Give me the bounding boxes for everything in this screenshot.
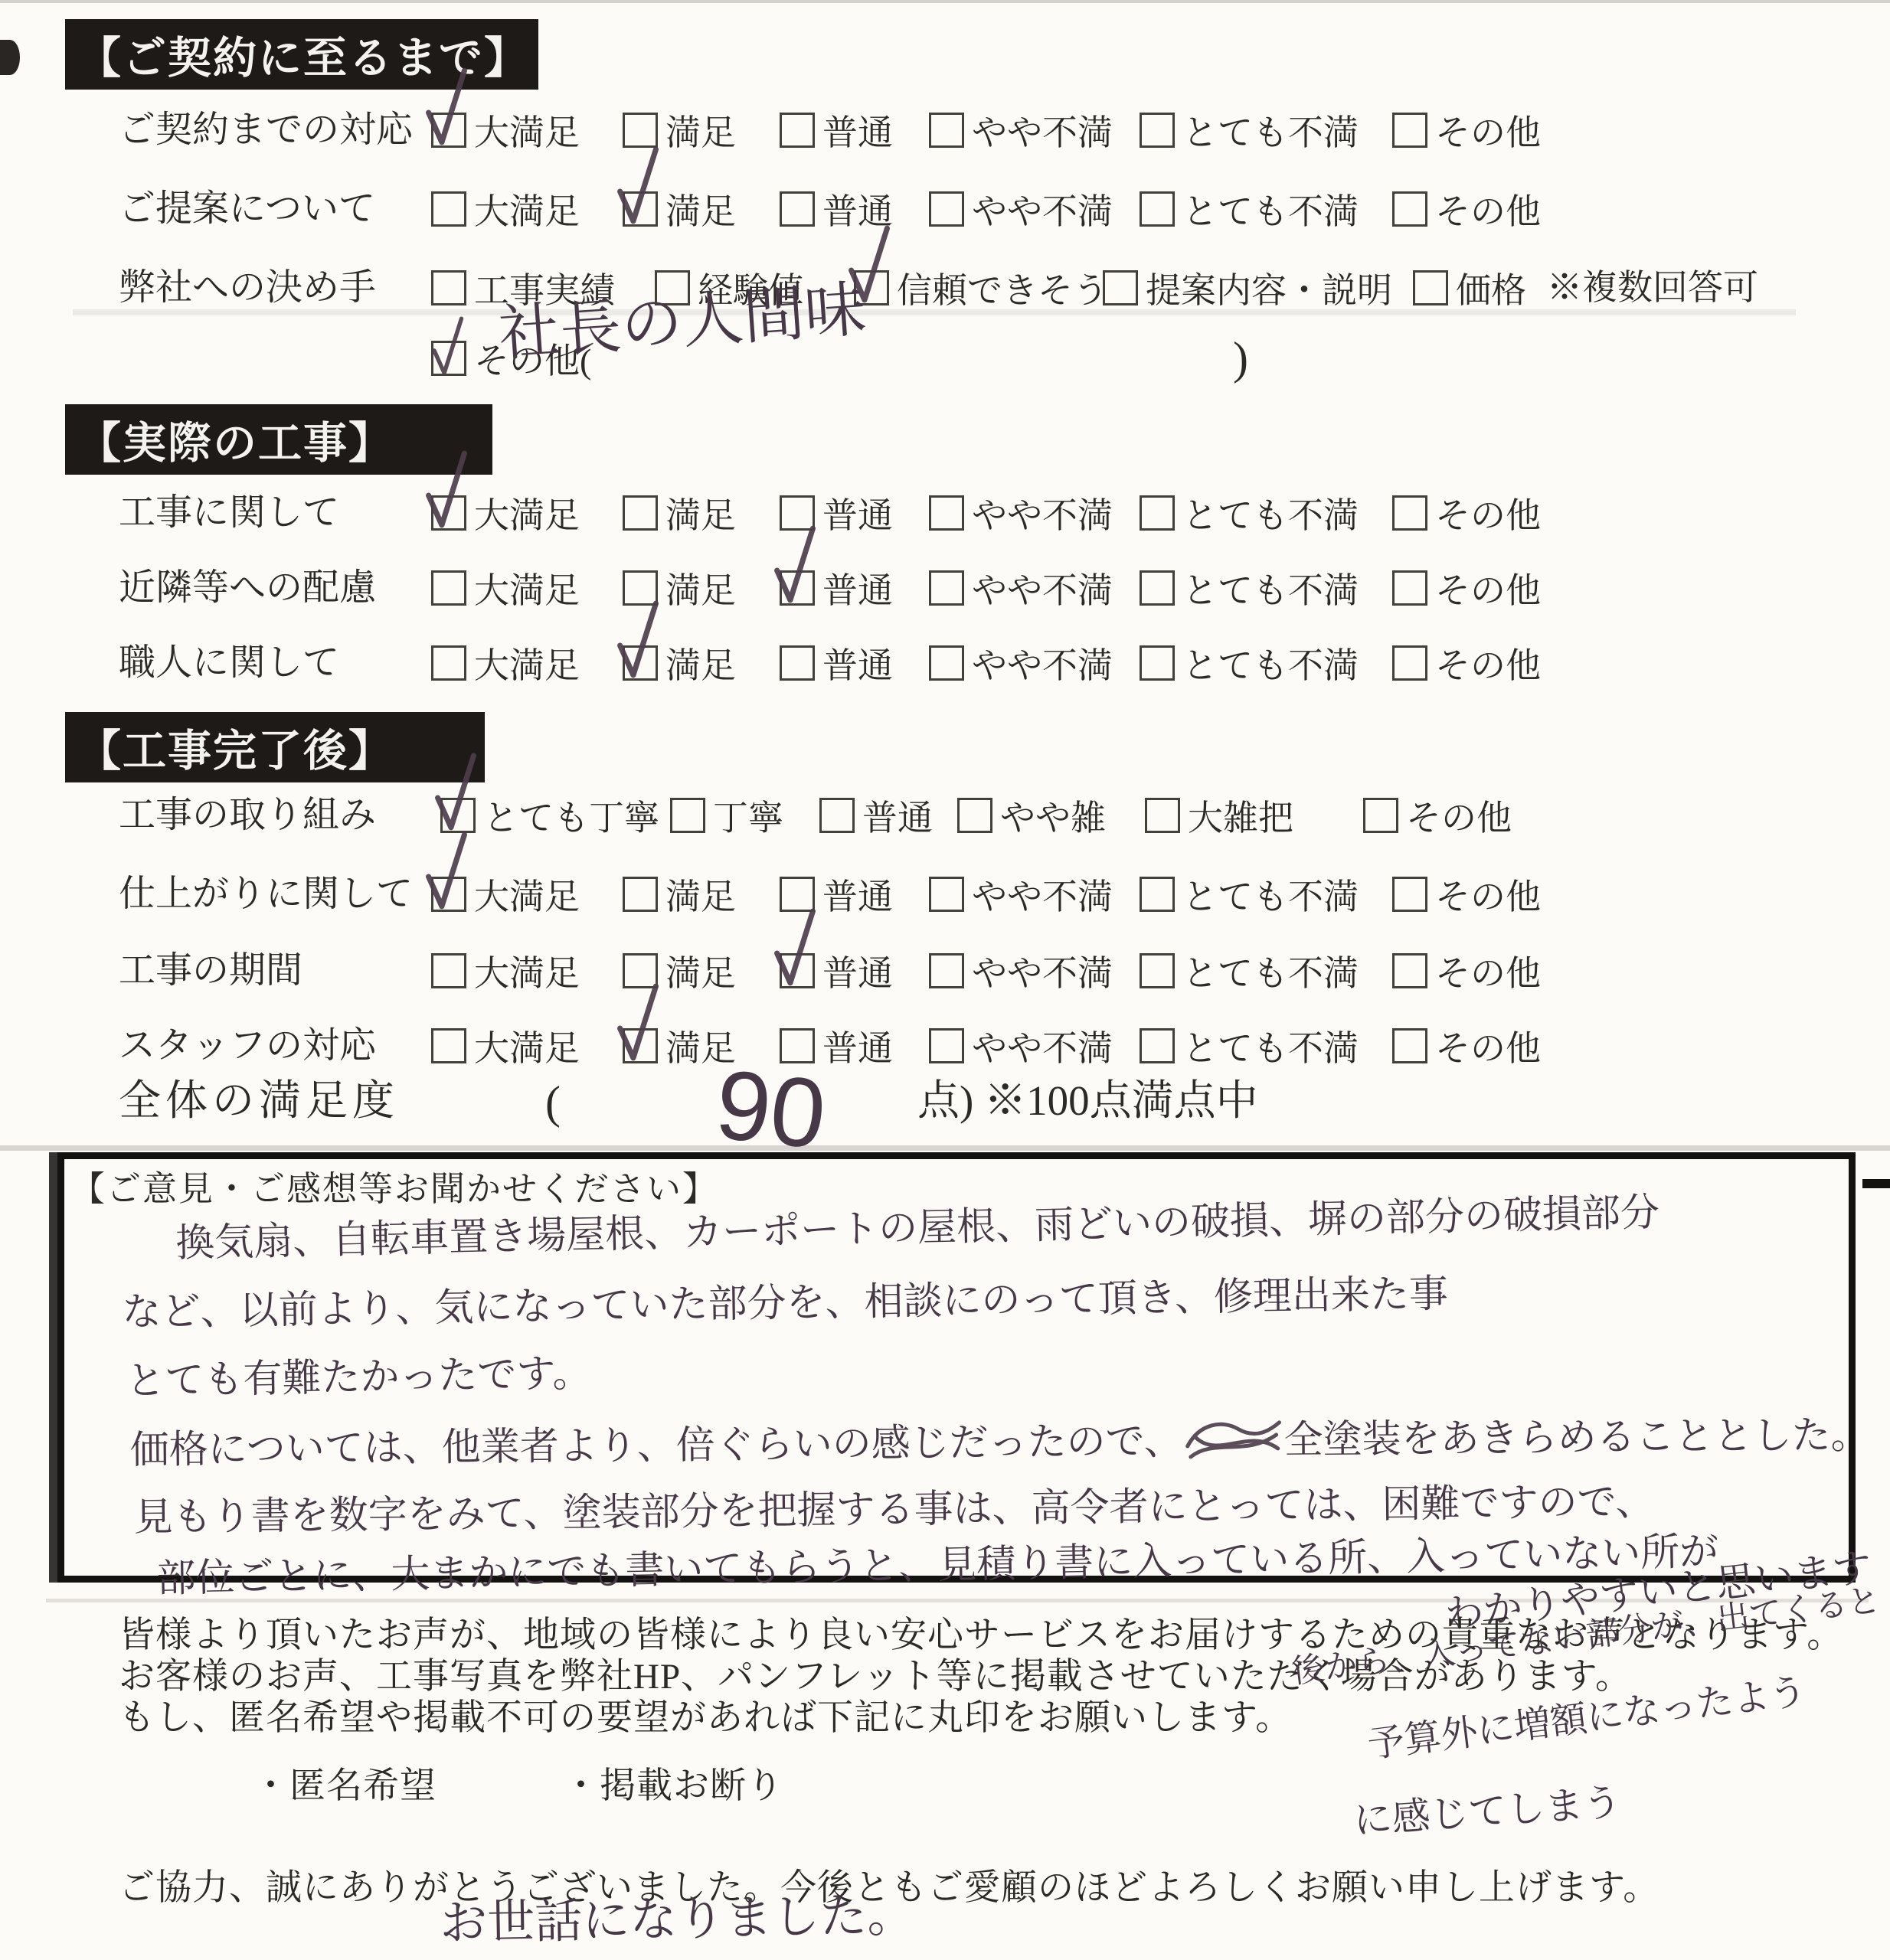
checkbox-option: その他 bbox=[1392, 107, 1541, 153]
survey-row: ご提案について 大満足 満足 普通 やや不満 とても不満 その他 bbox=[0, 186, 1890, 232]
checkbox-option: 普通 bbox=[780, 490, 893, 536]
open-paren: ( bbox=[545, 1075, 561, 1130]
checkbox-option: とても不満 bbox=[1140, 1023, 1359, 1069]
checkbox bbox=[929, 1028, 964, 1063]
checkbox bbox=[623, 877, 658, 912]
checkbox-option: とても不満 bbox=[1140, 186, 1359, 232]
checkbox bbox=[780, 191, 815, 227]
checkbox bbox=[431, 113, 466, 148]
section-header-contract: 【ご契約に至るまで】 bbox=[65, 19, 538, 90]
scan-artifact bbox=[0, 1145, 1890, 1151]
section-header-construction: 【実際の工事】 bbox=[65, 404, 492, 475]
checkbox bbox=[670, 798, 705, 833]
checkbox-option: やや不満 bbox=[929, 871, 1113, 917]
checkbox bbox=[1140, 495, 1175, 531]
checkbox bbox=[431, 953, 466, 988]
checkbox-option: とても不満 bbox=[1140, 565, 1359, 611]
checkbox bbox=[780, 953, 815, 988]
checkbox bbox=[1140, 953, 1175, 988]
checkbox-option: とても丁寧 bbox=[440, 792, 659, 838]
checkbox bbox=[929, 495, 964, 531]
checkbox-option: 普通 bbox=[780, 186, 893, 232]
checkbox bbox=[780, 495, 815, 531]
checkbox bbox=[1140, 191, 1175, 227]
comment-line4-post: 全塗装をあきらめることとした。 bbox=[1283, 1413, 1869, 1462]
checkbox-option: 信頼できそう bbox=[854, 265, 1108, 311]
no-publish-option: ・掲載お断り bbox=[563, 1757, 783, 1808]
checkbox-option: その他 bbox=[1392, 871, 1541, 917]
checkbox bbox=[623, 113, 658, 148]
checkbox-option: 大満足 bbox=[431, 186, 580, 232]
overall-score-row: 全体の満足度 ( 点) ※100点満点中 bbox=[0, 1078, 1890, 1139]
survey-row: ご契約までの対応 大満足 満足 普通 やや不満 とても不満 その他 bbox=[0, 107, 1890, 153]
checkbox bbox=[440, 798, 476, 833]
survey-row: 職人に関して 大満足 満足 普通 やや不満 とても不満 その他 bbox=[0, 640, 1890, 686]
survey-row: 近隣等への配慮 大満足 満足 普通 やや不満 とても不満 その他 bbox=[0, 565, 1890, 611]
checkbox-option: やや雑 bbox=[957, 792, 1106, 838]
checkbox-option: とても不満 bbox=[1140, 107, 1359, 153]
checkbox bbox=[431, 191, 466, 227]
checkbox bbox=[929, 570, 964, 606]
checkbox-option: 大満足 bbox=[431, 107, 580, 153]
checkbox-option: 大満足 bbox=[431, 871, 580, 917]
checkbox-option: 提案内容・説明 bbox=[1103, 265, 1392, 311]
checkbox bbox=[1140, 645, 1175, 681]
checkbox bbox=[780, 570, 815, 606]
scan-artifact bbox=[0, 40, 20, 75]
scan-artifact bbox=[0, 0, 1890, 3]
checkbox-option: 丁寧 bbox=[670, 792, 783, 838]
checkbox bbox=[1413, 270, 1448, 305]
row-label: 職人に関して bbox=[119, 640, 339, 686]
checkbox-option: とても不満 bbox=[1140, 490, 1359, 536]
checkbox bbox=[623, 495, 658, 531]
checkbox-option: 普通 bbox=[780, 640, 893, 686]
checkbox bbox=[1392, 953, 1427, 988]
scanned-survey-page: 【ご契約に至るまで】 ご契約までの対応 大満足 満足 普通 やや不満 とても不満… bbox=[0, 0, 1890, 1960]
survey-row: 工事の取り組み とても丁寧 丁寧 普通 やや雑 大雑把 その他 bbox=[0, 792, 1890, 838]
checkbox-option: とても不満 bbox=[1140, 871, 1359, 917]
checkbox bbox=[1392, 645, 1427, 681]
survey-row: 弊社への決め手 工事実績 経験値 信頼できそう 提案内容・説明 価格 ※複数回答… bbox=[0, 265, 1890, 311]
checkbox-option: やや不満 bbox=[929, 948, 1113, 994]
section-title: 【ご契約に至るまで】 bbox=[77, 23, 529, 86]
checkbox bbox=[623, 953, 658, 988]
checkbox-option: その他 bbox=[1392, 1023, 1541, 1069]
checkbox bbox=[1392, 495, 1427, 531]
checkbox bbox=[1145, 798, 1180, 833]
checkbox-option: 大満足 bbox=[431, 640, 580, 686]
checkbox bbox=[431, 645, 466, 681]
checkbox bbox=[623, 645, 658, 681]
handwritten-comment-line: とても有難たかったです。 bbox=[126, 1341, 592, 1406]
row-label: ご提案について bbox=[119, 186, 375, 232]
row-label: 仕上がりに関して bbox=[119, 871, 413, 917]
checkbox-option: その他 bbox=[1392, 640, 1541, 686]
survey-row: その他( ) bbox=[0, 335, 1890, 381]
checkbox bbox=[1103, 270, 1138, 305]
overall-label: 全体の満足度 bbox=[119, 1078, 399, 1124]
scan-artifact bbox=[1862, 1179, 1890, 1188]
checkbox-option: 大満足 bbox=[431, 948, 580, 994]
survey-row: 工事に関して 大満足 満足 普通 やや不満 とても不満 その他 bbox=[0, 490, 1890, 536]
checkbox bbox=[929, 877, 964, 912]
checkbox-option: 価格 bbox=[1413, 265, 1526, 311]
checkbox bbox=[431, 570, 466, 606]
checkbox bbox=[1140, 113, 1175, 148]
checkbox-option: やや不満 bbox=[929, 107, 1113, 153]
close-paren: ) bbox=[1233, 331, 1248, 386]
checkbox-option: 普通 bbox=[780, 107, 893, 153]
checkbox-option: その他 bbox=[1363, 792, 1512, 838]
footer-line: もし、匿名希望や掲載不可の要望があれば下記に丸印をお願いします。 bbox=[119, 1689, 1292, 1740]
checkbox-option: その他 bbox=[1392, 186, 1541, 232]
comment-line4-pre: 価格については、他業者より、倍ぐらいの感じだったので、 bbox=[129, 1419, 1182, 1472]
checkbox bbox=[431, 270, 466, 305]
checkbox bbox=[957, 798, 992, 833]
checkbox bbox=[623, 1028, 658, 1063]
checkbox-option: 満足 bbox=[623, 1023, 736, 1069]
checkbox-option: 大雑把 bbox=[1145, 792, 1293, 838]
section-header-after: 【工事完了後】 bbox=[65, 712, 485, 782]
checkbox-option: 満足 bbox=[623, 107, 736, 153]
handwritten-extra-note: に感じてしまう bbox=[1352, 1772, 1623, 1845]
checkbox-option: 満足 bbox=[623, 948, 736, 994]
row-label: 工事に関して bbox=[119, 490, 339, 536]
checkbox-option: 大満足 bbox=[431, 490, 580, 536]
checkbox bbox=[1140, 1028, 1175, 1063]
checkbox-option: やや不満 bbox=[929, 1023, 1113, 1069]
checkbox-option: 普通 bbox=[780, 871, 893, 917]
checkbox bbox=[929, 645, 964, 681]
checkbox-option: その他 bbox=[1392, 948, 1541, 994]
survey-row: 仕上がりに関して 大満足 満足 普通 やや不満 とても不満 その他 bbox=[0, 871, 1890, 917]
checkbox bbox=[780, 113, 815, 148]
checkbox-option: 満足 bbox=[623, 490, 736, 536]
checkbox bbox=[1392, 1028, 1427, 1063]
multi-answer-note: ※複数回答可 bbox=[1547, 265, 1758, 311]
checkbox-option: 普通 bbox=[780, 948, 893, 994]
checkbox-option: その他 bbox=[1392, 565, 1541, 611]
handwritten-closing: お世話になりました。 bbox=[439, 1877, 914, 1953]
checkbox-option: 満足 bbox=[623, 871, 736, 917]
checkbox-option: 普通 bbox=[819, 792, 933, 838]
checkbox-option: 普通 bbox=[780, 565, 893, 611]
checkbox-option: やや不満 bbox=[929, 490, 1113, 536]
checkbox-option: 大満足 bbox=[431, 565, 580, 611]
anonymous-option: ・匿名希望 bbox=[253, 1757, 437, 1808]
row-label: 近隣等への配慮 bbox=[119, 565, 376, 611]
checkbox bbox=[929, 953, 964, 988]
row-label: 工事の期間 bbox=[119, 948, 302, 994]
checkbox-option: 大満足 bbox=[431, 1023, 580, 1069]
checkbox-option: 満足 bbox=[623, 186, 736, 232]
checkbox-option: やや不満 bbox=[929, 640, 1113, 686]
survey-row: スタッフの対応 大満足 満足 普通 やや不満 とても不満 その他 bbox=[0, 1023, 1890, 1069]
checkbox bbox=[819, 798, 855, 833]
checkbox bbox=[1392, 877, 1427, 912]
checkbox bbox=[929, 113, 964, 148]
checkbox bbox=[1363, 798, 1398, 833]
checkbox bbox=[431, 495, 466, 531]
checkbox bbox=[431, 1028, 466, 1063]
checkbox-option: 満足 bbox=[623, 565, 736, 611]
row-label: ご契約までの対応 bbox=[119, 107, 413, 153]
checkbox-option: その他 bbox=[1392, 490, 1541, 536]
checkbox-option: とても不満 bbox=[1140, 948, 1359, 994]
ink-scribble bbox=[1182, 1415, 1284, 1465]
checkbox bbox=[1140, 877, 1175, 912]
row-label: 工事の取り組み bbox=[119, 792, 376, 838]
row-label: スタッフの対応 bbox=[119, 1023, 376, 1069]
checkbox bbox=[431, 877, 466, 912]
section-title: 【実際の工事】 bbox=[77, 408, 394, 471]
checkbox bbox=[929, 191, 964, 227]
overall-suffix: 点) ※100点満点中 bbox=[917, 1078, 1258, 1124]
checkbox-option: やや不満 bbox=[929, 186, 1113, 232]
section-title: 【工事完了後】 bbox=[77, 716, 394, 779]
checkbox bbox=[780, 645, 815, 681]
checkbox-option: とても不満 bbox=[1140, 640, 1359, 686]
checkbox-option: 満足 bbox=[623, 640, 736, 686]
checkbox bbox=[431, 341, 466, 376]
survey-row: 工事の期間 大満足 満足 普通 やや不満 とても不満 その他 bbox=[0, 948, 1890, 994]
checkbox bbox=[1392, 113, 1427, 148]
checkbox bbox=[1140, 570, 1175, 606]
checkbox bbox=[623, 191, 658, 227]
checkbox-option: やや不満 bbox=[929, 565, 1113, 611]
checkbox bbox=[780, 877, 815, 912]
checkbox bbox=[1392, 191, 1427, 227]
row-label: 弊社への決め手 bbox=[119, 265, 376, 311]
checkbox bbox=[1392, 570, 1427, 606]
checkbox bbox=[623, 570, 658, 606]
